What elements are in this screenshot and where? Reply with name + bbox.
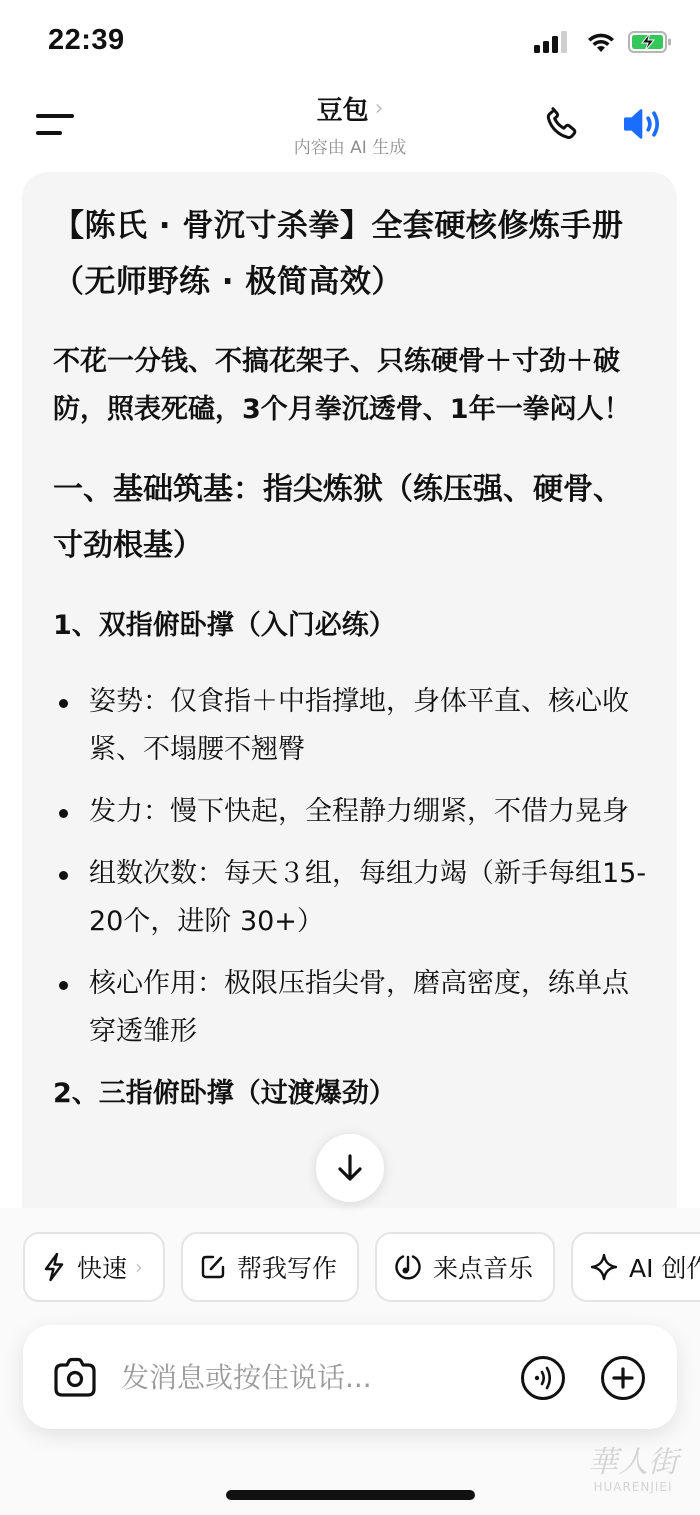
- phone-call-button[interactable]: [542, 104, 582, 144]
- chevron-right-icon: ›: [375, 96, 384, 121]
- bot-name-button[interactable]: 豆包 ›: [317, 90, 384, 127]
- camera-icon: [53, 1357, 97, 1399]
- bullet-list: 姿势：仅食指＋中指撑地，身体平直、核心收紧、不塌腰不翘臀 发力：慢下快起，全程静…: [53, 678, 647, 1056]
- bot-name: 豆包: [317, 90, 369, 127]
- message-input[interactable]: [121, 1353, 501, 1401]
- ai-generated-notice: 内容由 AI 生成: [0, 133, 700, 158]
- music-icon: [393, 1252, 423, 1282]
- chip-play-music[interactable]: 来点音乐: [375, 1232, 555, 1302]
- item-heading: 2、三指俯卧撑（过渡爆劲）: [53, 1070, 647, 1118]
- watermark-en: HUARENJIEI: [578, 1480, 688, 1494]
- message-intro: 不花一分钱、不搞花架子、只练硬骨＋寸劲＋破防，照表死磕，3个月拳沉透骨、1年一拳…: [53, 338, 647, 434]
- item-heading: 1、双指俯卧撑（入门必练）: [53, 602, 647, 650]
- chip-label: 来点音乐: [433, 1249, 533, 1285]
- more-options-button[interactable]: [600, 1355, 646, 1401]
- section-heading: 一、基础筑基：指尖炼狱（练压强、硬骨、寸劲根基）: [53, 462, 647, 574]
- speaker-button[interactable]: [620, 104, 668, 144]
- bullet-item: 发力：慢下快起，全程静力绷紧，不借力晃身: [53, 788, 647, 836]
- chip-fast-mode[interactable]: 快速 ›: [23, 1232, 165, 1302]
- sparkle-icon: [589, 1252, 619, 1282]
- chip-label: 帮我写作: [237, 1249, 337, 1285]
- chat-header: 豆包 › 内容由 AI 生成: [0, 80, 700, 170]
- voice-icon: [520, 1355, 566, 1401]
- phone-icon: [542, 104, 582, 144]
- battery-charging-icon: [628, 31, 672, 57]
- chevron-right-icon: ›: [135, 1255, 143, 1279]
- voice-input-button[interactable]: [520, 1355, 566, 1401]
- speaker-icon: [620, 104, 668, 144]
- chip-label: AI 创作: [629, 1249, 700, 1285]
- chip-label: 快速: [77, 1249, 127, 1285]
- screen: 22:39: [0, 0, 700, 1515]
- edit-icon: [199, 1253, 227, 1281]
- status-icons: [534, 31, 672, 57]
- chip-ai-create[interactable]: AI 创作: [571, 1232, 700, 1302]
- lightning-icon: [41, 1252, 67, 1282]
- watermark-cn: 華人街: [578, 1446, 688, 1480]
- bullet-item: 组数次数：每天３组，每组力竭（新手每组15-20个，进阶 30+）: [53, 850, 647, 946]
- home-indicator[interactable]: [226, 1490, 475, 1500]
- bullet-item: 姿势：仅食指＋中指撑地，身体平直、核心收紧、不塌腰不翘臀: [53, 678, 647, 774]
- message-title: 【陈氏 · 骨沉寸杀拳】全套硬核修炼手册（无师野练 · 极简高效）: [53, 198, 647, 310]
- shortcut-chips: 快速 › 帮我写作 来点音乐 AI 创作: [23, 1232, 700, 1302]
- chat-scroll-area[interactable]: 【陈氏 · 骨沉寸杀拳】全套硬核修炼手册（无师野练 · 极简高效） 不花一分钱、…: [0, 172, 700, 1208]
- header-title-group: 豆包 › 内容由 AI 生成: [0, 90, 700, 158]
- arrow-down-icon: [336, 1153, 364, 1183]
- message-composer: [23, 1325, 677, 1429]
- watermark: 華人街 HUARENJIEI: [578, 1446, 688, 1506]
- status-bar: 22:39: [0, 0, 700, 80]
- chip-help-write[interactable]: 帮我写作: [181, 1232, 359, 1302]
- camera-button[interactable]: [53, 1357, 97, 1399]
- status-time: 22:39: [48, 24, 125, 57]
- plus-icon: [600, 1355, 646, 1401]
- bullet-item: 核心作用：极限压指尖骨，磨高密度，练单点穿透雏形: [53, 960, 647, 1056]
- wifi-icon: [586, 31, 616, 57]
- assistant-message-card: 【陈氏 · 骨沉寸杀拳】全套硬核修炼手册（无师野练 · 极简高效） 不花一分钱、…: [22, 172, 677, 1208]
- scroll-to-bottom-button[interactable]: [316, 1134, 384, 1202]
- signal-icon: [534, 31, 574, 57]
